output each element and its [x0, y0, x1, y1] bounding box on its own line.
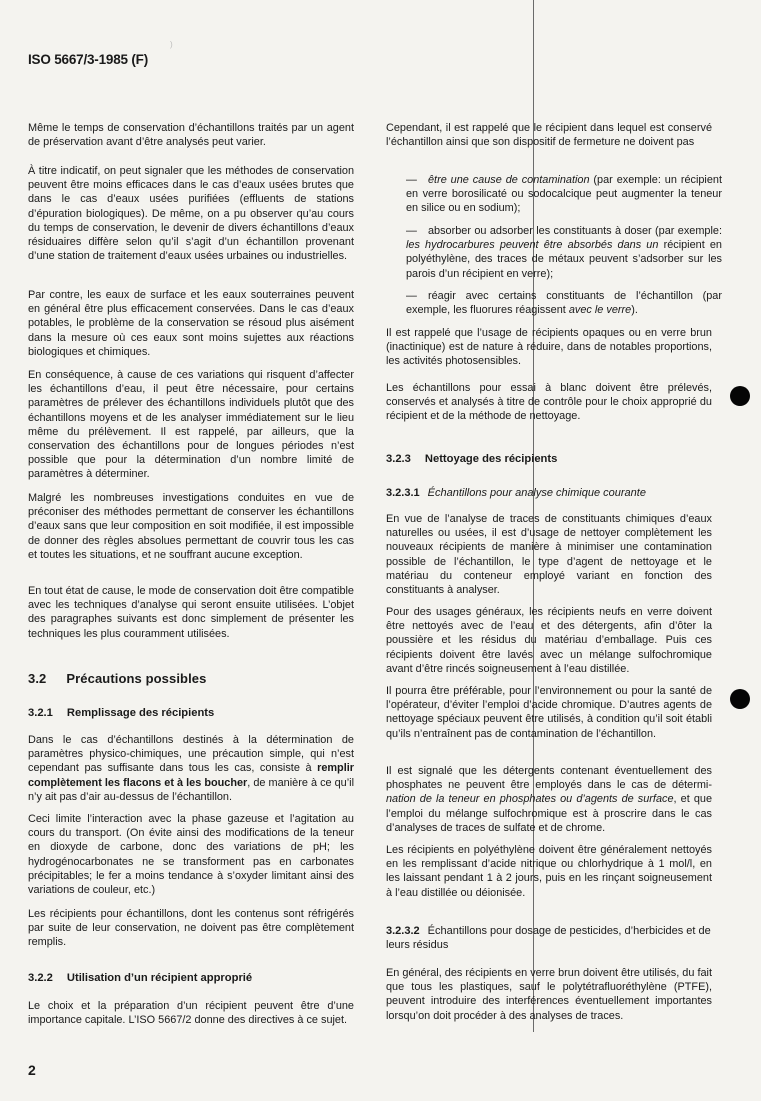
section-number: 3.2.3	[386, 453, 411, 465]
section-title: Échantillons pour analyse chimique coura…	[428, 487, 646, 499]
punch-hole-upper	[730, 386, 750, 406]
section-title: Remplissage des récipients	[67, 707, 214, 719]
section-title: Précautions possibles	[66, 671, 206, 686]
paragraph: Le choix et la préparation d’un récipien…	[28, 999, 354, 1027]
text-run: absorber ou adsorber les constituants à …	[428, 225, 722, 237]
paragraph: Les récipients pour échantillons, dont l…	[28, 907, 354, 950]
section-number: 3.2.3.1	[386, 487, 420, 499]
document-id-header: ISO 5667/3-1985 (F)	[28, 52, 148, 67]
italic-text-run: avec le verre	[569, 304, 631, 316]
text-run: Il est signalé que les détergents conten…	[386, 765, 712, 791]
paragraph: En vue de l’analyse de traces de constit…	[386, 512, 712, 597]
paragraph: Même le temps de conservation d’échantil…	[28, 121, 354, 149]
dash-bullet: —	[406, 173, 428, 187]
section-number: 3.2	[28, 671, 46, 686]
italic-text-run: nation de la teneur en phosphates ou d’a…	[386, 793, 674, 805]
italic-text-run: être une cause de contamination	[428, 174, 590, 186]
scan-artifact: )	[170, 40, 173, 49]
paragraph: Il est rappelé que l’usage de récipients…	[386, 326, 712, 369]
text-run: réagir avec certains constituants de l’é…	[406, 290, 722, 316]
text-run: ).	[631, 304, 638, 316]
punch-hole-lower	[730, 689, 750, 709]
paragraph: Les récipients en polyéthylène doivent ê…	[386, 843, 712, 900]
section-heading-3-2-1: 3.2.1Remplissage des récipients	[28, 707, 214, 719]
section-heading-3-2: 3.2Précautions possibles	[28, 671, 206, 686]
paragraph: Les échantillons pour essai à blanc doiv…	[386, 381, 712, 424]
italic-text-run: les hydrocarbures peuvent être absorbés …	[406, 239, 658, 251]
section-title: Nettoyage des récipients	[425, 453, 557, 465]
section-title: Échantillons pour dosage de pesticides, …	[386, 925, 711, 951]
paragraph: Ceci limite l’interaction avec la phase …	[28, 812, 354, 897]
paragraph: Malgré les nombreuses investigations con…	[28, 491, 354, 562]
paragraph: Cependant, il est rappelé que le récipie…	[386, 121, 712, 149]
list-item: —être une cause de contamination (par ex…	[396, 173, 722, 216]
paragraph: Il pourra être préférable, pour l’enviro…	[386, 684, 712, 741]
section-title: Utilisation d’un récipient approprié	[67, 972, 252, 984]
hyphen: -	[708, 779, 712, 791]
page-number: 2	[28, 1062, 36, 1078]
paragraph: Dans le cas d’échantillons destinés à la…	[28, 733, 354, 804]
paragraph: En conséquence, à cause de ces variation…	[28, 368, 354, 482]
paragraph: À titre indicatif, on peut signaler que …	[28, 164, 354, 263]
dash-bullet: —	[406, 224, 428, 238]
list-item: —absorber ou adsorber les constituants à…	[396, 224, 722, 281]
dash-bullet: —	[406, 289, 428, 303]
text-run: Dans le cas d’échantillons destinés à la…	[28, 734, 354, 774]
paragraph: En général, des récipients en verre brun…	[386, 966, 712, 1023]
section-heading-3-2-2: 3.2.2Utilisation d’un récipient appropri…	[28, 972, 252, 984]
section-number: 3.2.2	[28, 972, 53, 984]
paragraph: Il est signalé que les détergents conten…	[386, 764, 712, 835]
paragraph: Pour des usages généraux, les récipients…	[386, 605, 712, 676]
section-heading-3-2-3-1: 3.2.3.1Échantillons pour analyse chimiqu…	[386, 486, 712, 500]
section-heading-3-2-3-2: 3.2.3.2Échantillons pour dosage de pesti…	[386, 924, 712, 952]
paragraph: Par contre, les eaux de surface et les e…	[28, 288, 354, 359]
section-number: 3.2.1	[28, 707, 53, 719]
section-heading-3-2-3: 3.2.3Nettoyage des récipients	[386, 453, 557, 465]
paragraph: En tout état de cause, le mode de conser…	[28, 584, 354, 641]
list-item: —réagir avec certains constituants de l’…	[396, 289, 722, 317]
section-number: 3.2.3.2	[386, 925, 420, 937]
